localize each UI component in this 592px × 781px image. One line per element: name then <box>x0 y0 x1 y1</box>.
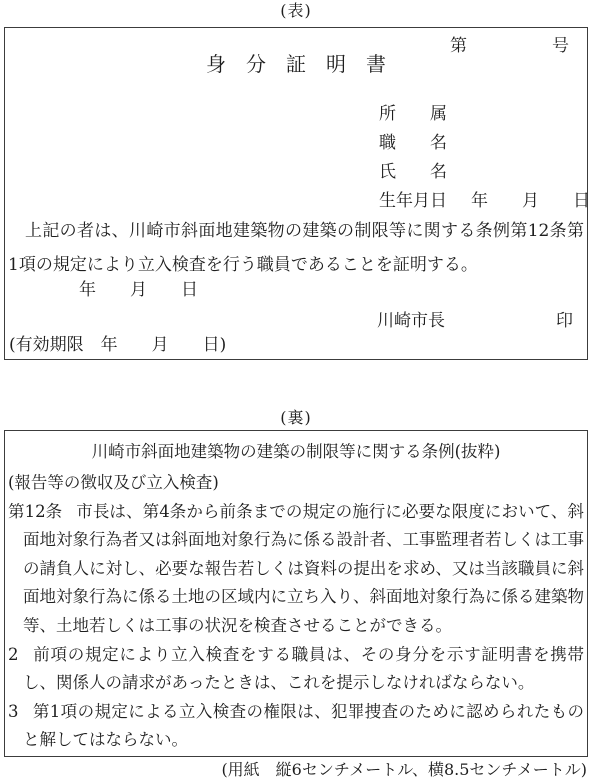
issue-date-line: 年 月 日 <box>79 280 198 300</box>
ordinance-title: 川崎市斜面地建築物の建築の制限等に関する条例(抜粋) <box>5 442 587 462</box>
document-sheet: (表) 第 号 身 分 証 明 書 所 属 職 名 氏 名 生年月日年 月 日 … <box>0 0 592 781</box>
clause-text: 第1項の規定による立入検査の権限は、犯罪捜査のために認められたものと解してはなら… <box>23 702 584 750</box>
field-row-affiliation: 所 属 <box>379 100 590 129</box>
clause-number: 第12条 <box>8 502 62 521</box>
back-side-label: (裏) <box>0 409 592 427</box>
front-side-label: (表) <box>0 2 592 20</box>
field-value: 年 月 日 <box>471 191 590 211</box>
certificate-body-text: 上記の者は、川崎市斜面地建築物の建築の制限等に関する条例第12条第1項の規定によ… <box>8 214 584 282</box>
ordinance-text-block: (報告等の徴収及び立入検査) 第12条市長は、第4条から前条までの規定の施行に必… <box>8 469 584 755</box>
clause-number: 3 <box>8 702 19 721</box>
field-label: 氏 名 <box>379 162 447 182</box>
certificate-fields: 所 属 職 名 氏 名 生年月日年 月 日 <box>379 100 590 216</box>
clause-text: 前項の規定により立入検査をする職員は、その身分を示す証明書を携帯し、関係人の請求… <box>23 645 584 693</box>
clause-text: 市長は、第4条から前条までの規定の施行に必要な限度において、斜面地対象行為者又は… <box>23 502 584 635</box>
id-certificate-front-card: 第 号 身 分 証 明 書 所 属 職 名 氏 名 生年月日年 月 日 上記の者… <box>4 27 588 360</box>
seal-mark: 印 <box>556 311 573 331</box>
section-heading: (報告等の徴収及び立入検査) <box>8 469 584 498</box>
field-row-job-title: 職 名 <box>379 129 590 158</box>
issuer-name: 川崎市長 <box>377 311 445 331</box>
issuer-line: 川崎市長 印 <box>377 311 573 331</box>
field-label: 職 名 <box>379 133 447 153</box>
clause-number: 2 <box>8 645 19 664</box>
validity-period-line: (有効期限 年 月 日) <box>9 335 226 355</box>
field-row-name: 氏 名 <box>379 158 590 187</box>
clause-article-12-paragraph-1: 第12条市長は、第4条から前条までの規定の施行に必要な限度において、斜面地対象行… <box>8 498 584 641</box>
clause-article-12-paragraph-2: 2前項の規定により立入検査をする職員は、その身分を示す証明書を携帯し、関係人の請… <box>8 641 584 698</box>
clause-article-12-paragraph-3: 3第1項の規定による立入検査の権限は、犯罪捜査のために認められたものと解してはな… <box>8 698 584 755</box>
certificate-title: 身 分 証 明 書 <box>5 52 587 76</box>
field-label: 生年月日 <box>379 191 447 211</box>
paper-size-note: (用紙 縦6センチメートル、横8.5センチメートル) <box>0 760 587 779</box>
field-row-birthdate: 生年月日年 月 日 <box>379 187 590 216</box>
field-label: 所 属 <box>379 104 447 124</box>
ordinance-excerpt-back-card: 川崎市斜面地建築物の建築の制限等に関する条例(抜粋) (報告等の徴収及び立入検査… <box>4 430 588 757</box>
